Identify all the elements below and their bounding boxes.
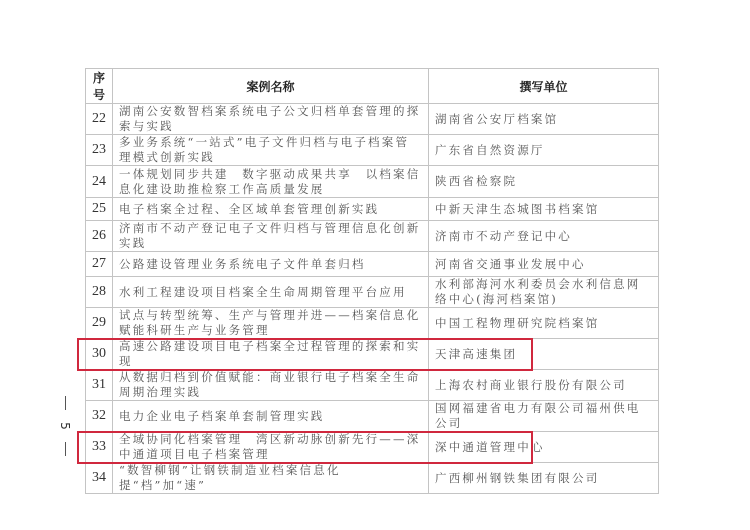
dash-divider	[65, 442, 66, 456]
author-unit: 河南省交通事业发展中心	[429, 252, 659, 277]
row-number: 22	[86, 104, 113, 135]
row-number: 34	[86, 463, 113, 494]
header-no: 序号	[86, 69, 113, 104]
header-case-name: 案例名称	[113, 69, 429, 104]
row-number: 31	[86, 370, 113, 401]
author-unit: 湖南省公安厅档案馆	[429, 104, 659, 135]
header-author-unit: 撰写单位	[429, 69, 659, 104]
author-unit: 国网福建省电力有限公司福州供电公司	[429, 401, 659, 432]
author-unit: 上海农村商业银行股份有限公司	[429, 370, 659, 401]
row-number: 25	[86, 198, 113, 221]
case-name: 从数据归档到价值赋能：商业银行电子档案全生命周期治理实践	[113, 370, 429, 401]
page-number: 5	[58, 396, 72, 456]
author-unit: 中新天津生态城图书档案馆	[429, 198, 659, 221]
case-name: 电子档案全过程、全区域单套管理创新实践	[113, 198, 429, 221]
case-name: “数智柳钢”让钢铁制造业档案信息化提“档”加“速”	[113, 463, 429, 494]
table-row: 28水利工程建设项目档案全生命周期管理平台应用水利部海河水利委员会水利信息网络中…	[86, 277, 659, 308]
highlight-box	[77, 338, 533, 371]
row-number: 32	[86, 401, 113, 432]
highlight-box	[77, 431, 533, 464]
table-row: 22湖南公安数智档案系统电子公文归档单套管理的探索与实践湖南省公安厅档案馆	[86, 104, 659, 135]
table-row: 31从数据归档到价值赋能：商业银行电子档案全生命周期治理实践上海农村商业银行股份…	[86, 370, 659, 401]
row-number: 29	[86, 308, 113, 339]
table-row: 24一体规划同步共建 数字驱动成果共享 以档案信息化建设助推检察工作高质量发展陕…	[86, 166, 659, 198]
case-name: 湖南公安数智档案系统电子公文归档单套管理的探索与实践	[113, 104, 429, 135]
row-number: 28	[86, 277, 113, 308]
case-name: 济南市不动产登记电子文件归档与管理信息化创新实践	[113, 221, 429, 252]
author-unit: 陕西省检察院	[429, 166, 659, 198]
case-name: 试点与转型统筹、生产与管理并进——档案信息化赋能科研生产与业务管理	[113, 308, 429, 339]
table-row: 23多业务系统“一站式”电子文件归档与电子档案管理模式创新实践广东省自然资源厅	[86, 135, 659, 166]
table-header-row: 序号 案例名称 撰写单位	[86, 69, 659, 104]
dash-divider	[65, 396, 66, 410]
case-name: 水利工程建设项目档案全生命周期管理平台应用	[113, 277, 429, 308]
page-number-text: 5	[58, 422, 72, 430]
case-name: 一体规划同步共建 数字驱动成果共享 以档案信息化建设助推检察工作高质量发展	[113, 166, 429, 198]
author-unit: 中国工程物理研究院档案馆	[429, 308, 659, 339]
table-row: 32电力企业电子档案单套制管理实践国网福建省电力有限公司福州供电公司	[86, 401, 659, 432]
row-number: 27	[86, 252, 113, 277]
case-name: 多业务系统“一站式”电子文件归档与电子档案管理模式创新实践	[113, 135, 429, 166]
author-unit: 水利部海河水利委员会水利信息网络中心(海河档案馆)	[429, 277, 659, 308]
table-row: 25电子档案全过程、全区域单套管理创新实践中新天津生态城图书档案馆	[86, 198, 659, 221]
table-row: 26济南市不动产登记电子文件归档与管理信息化创新实践济南市不动产登记中心	[86, 221, 659, 252]
table-row: 34“数智柳钢”让钢铁制造业档案信息化提“档”加“速”广西柳州钢铁集团有限公司	[86, 463, 659, 494]
row-number: 24	[86, 166, 113, 198]
author-unit: 济南市不动产登记中心	[429, 221, 659, 252]
table-row: 27公路建设管理业务系统电子文件单套归档河南省交通事业发展中心	[86, 252, 659, 277]
row-number: 23	[86, 135, 113, 166]
author-unit: 广东省自然资源厅	[429, 135, 659, 166]
author-unit: 广西柳州钢铁集团有限公司	[429, 463, 659, 494]
row-number: 26	[86, 221, 113, 252]
case-name: 电力企业电子档案单套制管理实践	[113, 401, 429, 432]
case-name: 公路建设管理业务系统电子文件单套归档	[113, 252, 429, 277]
table-row: 29试点与转型统筹、生产与管理并进——档案信息化赋能科研生产与业务管理中国工程物…	[86, 308, 659, 339]
